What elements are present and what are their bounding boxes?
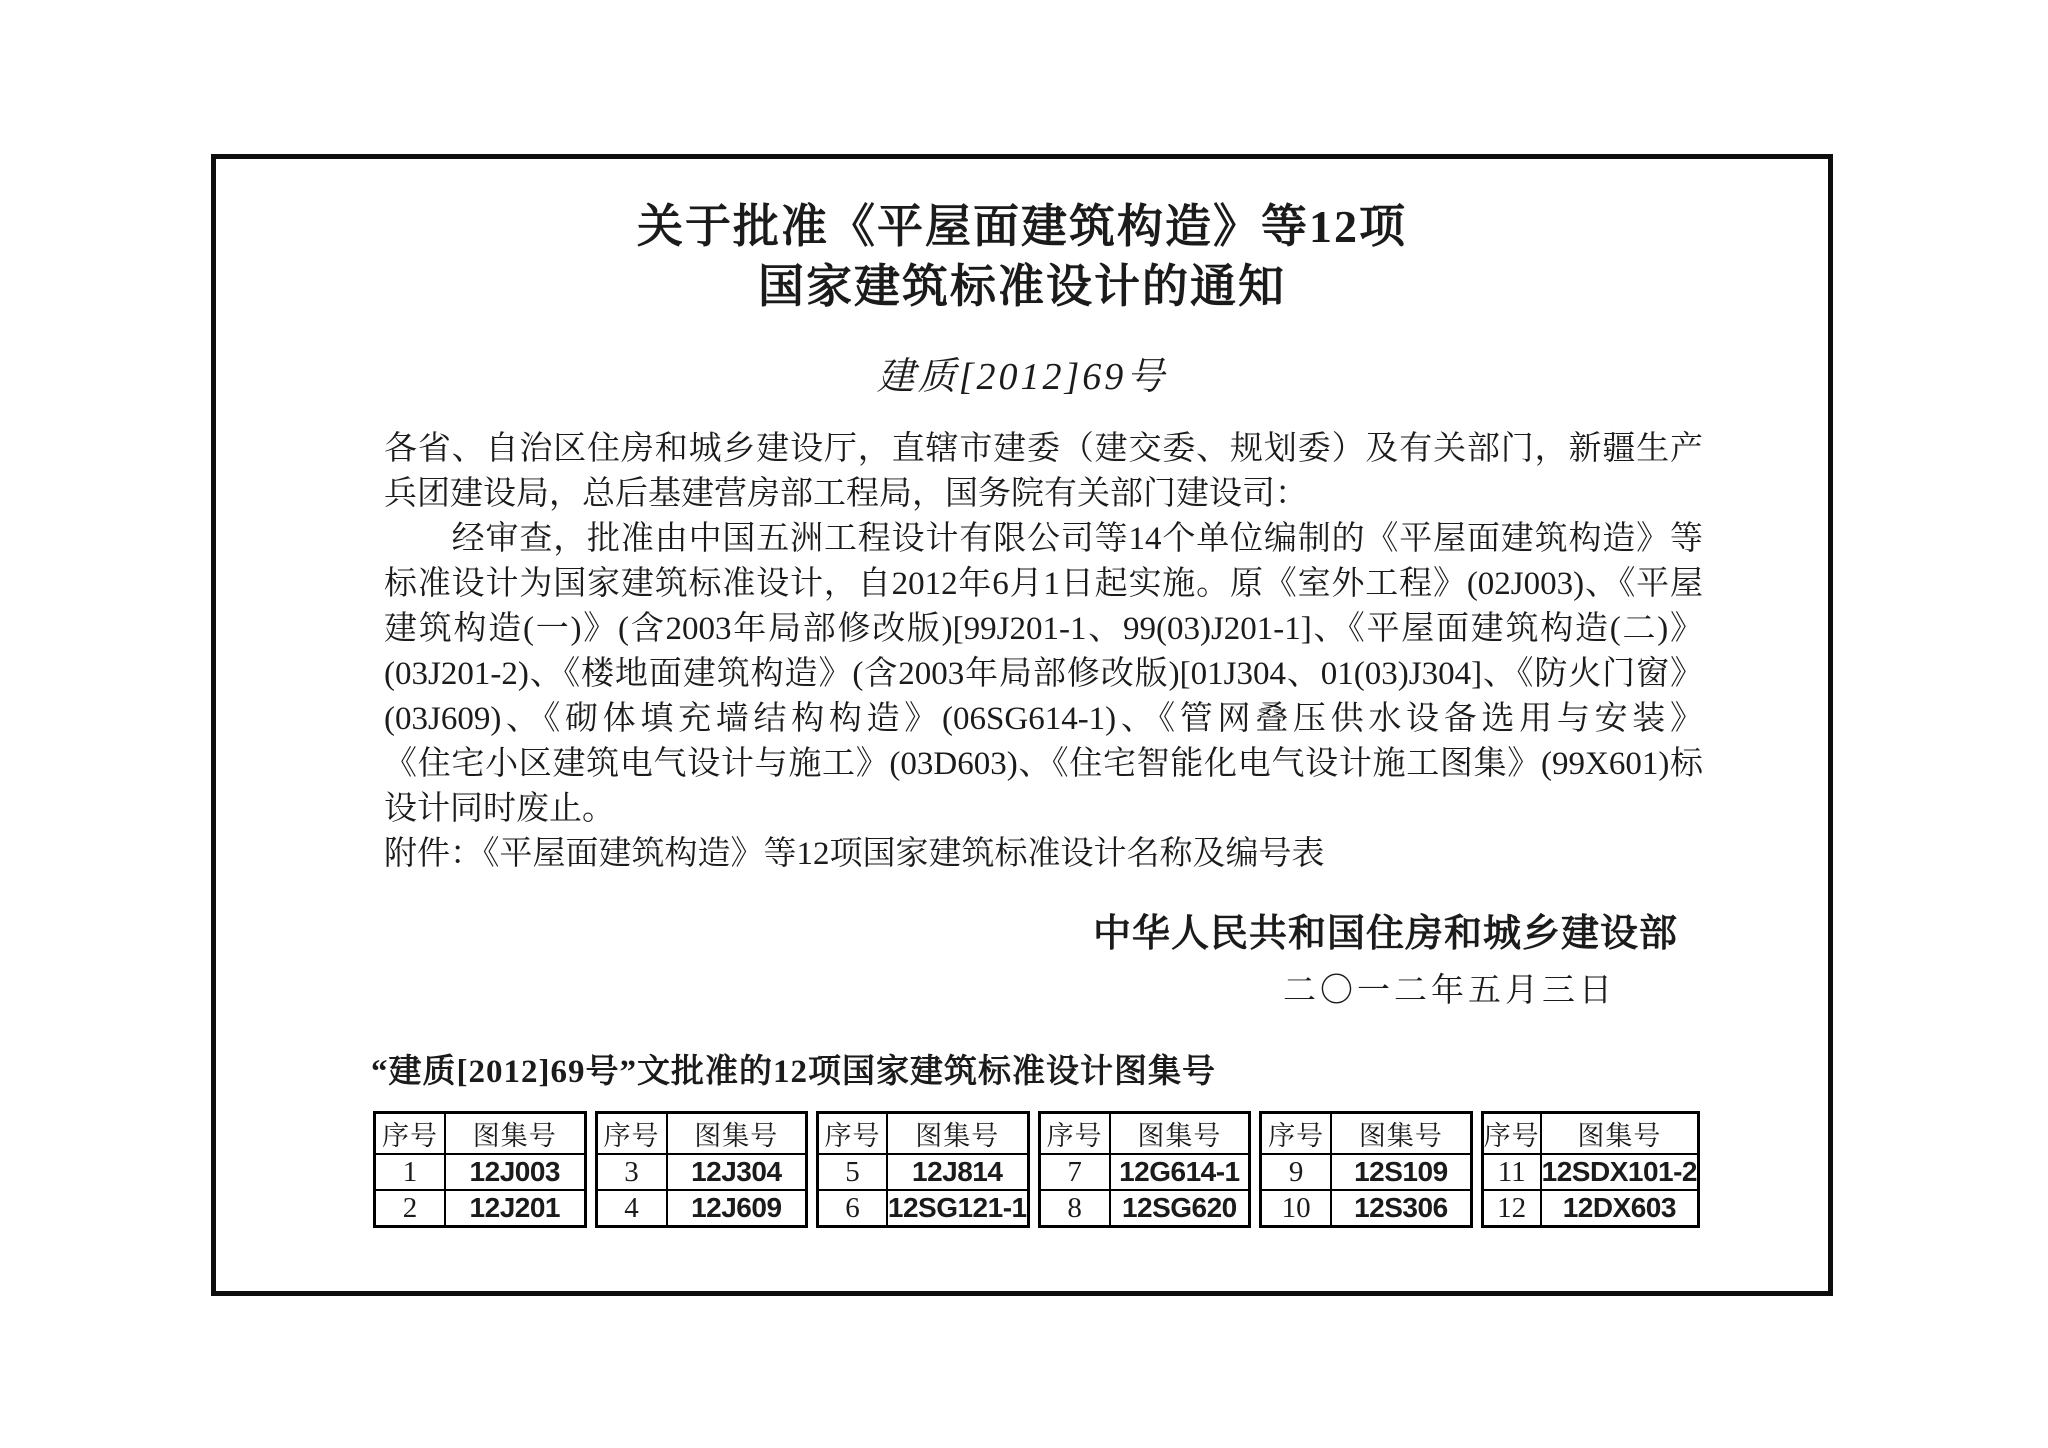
attachment-note: 附件：《平屋面建筑构造》等12项国家建筑标准设计名称及编号表 — [384, 832, 1703, 877]
column-header: 序号 — [1482, 1113, 1541, 1155]
document-number: 建质[2012]69号 — [216, 345, 1828, 400]
column-header: 序号 — [818, 1113, 887, 1155]
column-header: 序号 — [596, 1113, 667, 1155]
paragraph-addressees: 各省、自治区住房和城乡建设厅，直辖市建委（建交委、规划委）及有关部门，新疆生产建… — [384, 427, 1703, 517]
column-header: 图集号 — [667, 1113, 807, 1155]
serial-number-cell: 3 — [596, 1154, 667, 1190]
issuer-signature: 中华人民共和国住房和城乡建设部 — [1093, 902, 1678, 957]
body-text-line: 《住宅小区建筑电气设计与施工》(03D603)、《住宅智能化电气设计施工图集》(… — [384, 742, 1703, 787]
body-text-line: 各省、自治区住房和城乡建设厅，直辖市建委（建交委、规划委）及有关部门，新疆生产建… — [384, 427, 1703, 472]
body-text-line: 标准设计为国家建筑标准设计，自2012年6月1日起实施。原《室外工程》(02J0… — [384, 562, 1703, 607]
column-header: 图集号 — [1541, 1113, 1699, 1155]
serial-number-cell: 6 — [818, 1190, 887, 1227]
atlas-table-group: 序号图集号712G614-1812SG620 — [1038, 1111, 1252, 1228]
paragraph-approval: 经审查，批准由中国五洲工程设计有限公司等14个单位编制的《平屋面建筑构造》等12… — [384, 517, 1703, 832]
column-header: 序号 — [1039, 1113, 1110, 1155]
serial-number-cell: 7 — [1039, 1154, 1110, 1190]
atlas-table-group: 序号图集号512J814612SG121-1 — [816, 1111, 1030, 1228]
notice-title: 关于批准《平屋面建筑构造》等12项 国家建筑标准设计的通知 — [216, 197, 1828, 317]
atlas-code-cell: 12S109 — [1331, 1154, 1471, 1190]
atlas-table-group: 序号图集号312J304412J609 — [595, 1111, 809, 1228]
atlas-code-cell: 12J814 — [887, 1154, 1028, 1190]
atlas-table-caption: “建质[2012]69号”文批准的12项国家建筑标准设计图集号 — [371, 1045, 1216, 1092]
atlas-code-cell: 12DX603 — [1541, 1190, 1699, 1227]
serial-number-cell: 5 — [818, 1154, 887, 1190]
atlas-code-cell: 12SG121-1 — [887, 1190, 1028, 1227]
serial-number-cell: 10 — [1261, 1190, 1332, 1227]
body-text-line: (03J201-2)、《楼地面建筑构造》(含2003年局部修改版)[01J304… — [384, 652, 1703, 697]
serial-number-cell: 8 — [1039, 1190, 1110, 1227]
atlas-code-cell: 12G614-1 — [1110, 1154, 1250, 1190]
column-header: 序号 — [375, 1113, 446, 1155]
atlas-table-group: 序号图集号1112SDX101-21212DX603 — [1481, 1111, 1700, 1228]
serial-number-cell: 11 — [1482, 1154, 1541, 1190]
column-header: 图集号 — [1110, 1113, 1250, 1155]
serial-number-cell: 4 — [596, 1190, 667, 1227]
column-header: 图集号 — [887, 1113, 1028, 1155]
atlas-table-group: 序号图集号912S1091012S306 — [1259, 1111, 1473, 1228]
atlas-code-cell: 12J609 — [667, 1190, 807, 1227]
serial-number-cell: 12 — [1482, 1190, 1541, 1227]
atlas-table-group: 序号图集号112J003212J201 — [373, 1111, 587, 1228]
atlas-code-cell: 12J201 — [445, 1190, 585, 1227]
atlas-code-cell: 12SDX101-2 — [1541, 1154, 1699, 1190]
signature-date: 二〇一二年五月三日 — [1283, 964, 1616, 1011]
atlas-code-cell: 12S306 — [1331, 1190, 1471, 1227]
serial-number-cell: 9 — [1261, 1154, 1332, 1190]
notice-body: 各省、自治区住房和城乡建设厅，直辖市建委（建交委、规划委）及有关部门，新疆生产建… — [384, 427, 1703, 877]
document-page-border: 关于批准《平屋面建筑构造》等12项 国家建筑标准设计的通知 建质[2012]69… — [211, 154, 1833, 1296]
body-text-line: (03J609)、《砌体填充墙结构构造》(06SG614-1)、《管网叠压供水设… — [384, 697, 1703, 742]
atlas-code-cell: 12SG620 — [1110, 1190, 1250, 1227]
page-title-line-1: 关于批准《平屋面建筑构造》等12项 — [216, 197, 1828, 257]
body-text-line: 设计同时废止。 — [384, 787, 1703, 832]
serial-number-cell: 2 — [375, 1190, 446, 1227]
serial-number-cell: 1 — [375, 1154, 446, 1190]
column-header: 图集号 — [445, 1113, 585, 1155]
column-header: 序号 — [1261, 1113, 1332, 1155]
page-title-line-2: 国家建筑标准设计的通知 — [216, 257, 1828, 317]
atlas-number-table: 序号图集号112J003212J201序号图集号312J304412J609序号… — [373, 1111, 1700, 1228]
body-text-line: 兵团建设局，总后基建营房部工程局，国务院有关部门建设司： — [384, 472, 1703, 517]
body-text-line: 经审查，批准由中国五洲工程设计有限公司等14个单位编制的《平屋面建筑构造》等12… — [384, 517, 1703, 562]
body-text-line: 建筑构造(一)》(含2003年局部修改版)[99J201-1、99(03)J20… — [384, 607, 1703, 652]
atlas-code-cell: 12J304 — [667, 1154, 807, 1190]
column-header: 图集号 — [1331, 1113, 1471, 1155]
atlas-code-cell: 12J003 — [445, 1154, 585, 1190]
